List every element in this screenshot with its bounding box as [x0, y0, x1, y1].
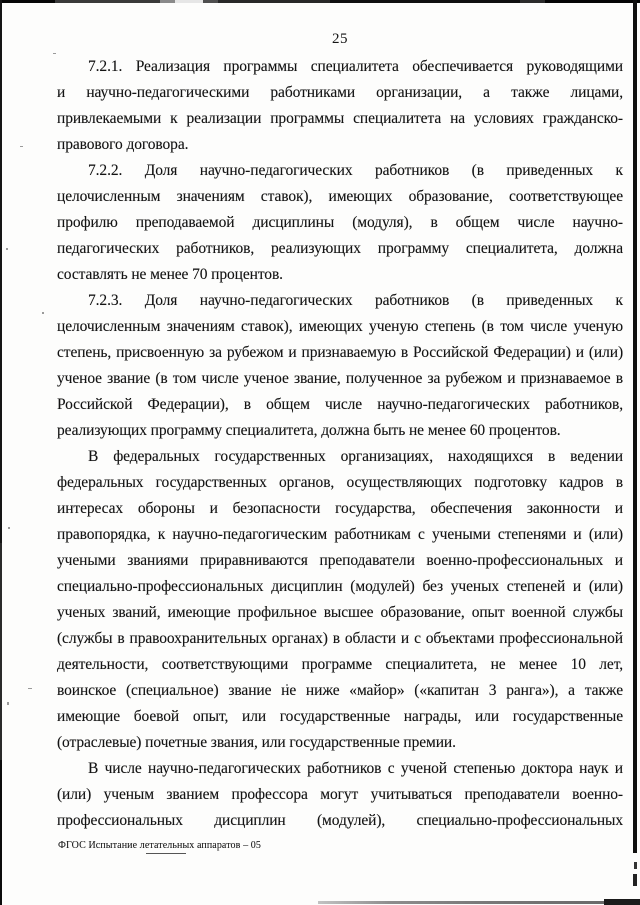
text-line: (или) ученым званием профессора могут уч… — [57, 782, 623, 808]
text-line: воинское (специальное) звание не ниже «м… — [57, 678, 623, 704]
scan-border-top — [0, 0, 640, 3]
scan-speck — [7, 702, 9, 705]
text-line: специально-профессиональных дисциплин (м… — [57, 574, 623, 600]
paragraph-7-2-1: 7.2.1. Реализация программы специалитета… — [57, 54, 623, 158]
scan-speck — [28, 688, 32, 689]
paragraph-doctor-professor: В числе научно-педагогических работников… — [57, 756, 623, 834]
text-line: учеными званиями приравниваются преподав… — [57, 548, 623, 574]
paragraph-federal-organizations: В федеральных государственных организаци… — [57, 444, 623, 756]
text-line: целочисленным значениям ставок), имеющих… — [57, 184, 623, 210]
text-line: целочисленным значениям ставок), имеющих… — [57, 314, 623, 340]
scan-speck — [20, 146, 23, 147]
text-line: интересах обороны и безопасности государ… — [57, 496, 623, 522]
scan-border-right — [633, 0, 637, 853]
scan-bar-bottom-right — [604, 899, 640, 905]
text-line: 7.2.1. Реализация программы специалитета… — [57, 54, 623, 80]
text-line: ученое звание (в том числе ученое звание… — [57, 366, 623, 392]
text-line: составлять не менее 70 процентов. — [57, 262, 623, 288]
footer-label: ФГОС Испытание летательных аппаратов – 0… — [58, 840, 261, 851]
scan-border-right-dash — [634, 862, 637, 869]
scan-border-left — [0, 0, 2, 905]
text-line: педагогических работников, реализующих п… — [57, 236, 623, 262]
text-line: профессиональных дисциплин (модулей), сп… — [57, 808, 623, 834]
text-line: деятельности, соответствующими программе… — [57, 652, 623, 678]
text-line: правопорядка, к научно-педагогическим ра… — [57, 522, 623, 548]
text-line: (службы в правоохранительных органах) в … — [57, 626, 623, 652]
text-line: 7.2.3. Доля научно-педагогических работн… — [57, 288, 623, 314]
scan-bar-bottom — [318, 901, 608, 904]
text-line: ученых званий, имеющие профильное высшее… — [57, 600, 623, 626]
text-line: правового договора. — [57, 132, 623, 158]
text-line: реализующих программу специалитета, долж… — [57, 418, 623, 444]
scan-speck — [42, 312, 44, 314]
text-line: имеющие боевой опыт, или государственные… — [57, 704, 623, 730]
text-line: В федеральных государственных организаци… — [57, 444, 623, 470]
text-line: и научно-педагогическими работниками орг… — [57, 80, 623, 106]
text-line: В числе научно-педагогических работников… — [57, 756, 623, 782]
text-line: федеральных государственных органов, осу… — [57, 470, 623, 496]
text-line: профилю преподаваемой дисциплины (модуля… — [57, 210, 623, 236]
scan-underline-artifact — [146, 853, 186, 854]
scan-border-right-dash — [633, 874, 637, 886]
scan-speck — [8, 527, 10, 529]
document-body: 7.2.1. Реализация программы специалитета… — [57, 54, 623, 834]
scan-speck — [53, 53, 56, 54]
page-number: 25 — [57, 31, 623, 48]
paragraph-7-2-2: 7.2.2. Доля научно-педагогических работн… — [57, 158, 623, 288]
paragraph-7-2-3: 7.2.3. Доля научно-педагогических работн… — [57, 288, 623, 444]
text-line: степень, присвоенную за рубежом и призна… — [57, 340, 623, 366]
text-line: (отраслевые) почетные звания, или госуда… — [57, 730, 623, 756]
text-line: привлекаемыми к реализации программы спе… — [57, 106, 623, 132]
text-line: 7.2.2. Доля научно-педагогических работн… — [57, 158, 623, 184]
document-page: 25 7.2.1. Реализация программы специалит… — [0, 0, 640, 905]
text-line: Российской Федерации), в общем числе нау… — [57, 392, 623, 418]
scan-speck — [6, 248, 8, 250]
